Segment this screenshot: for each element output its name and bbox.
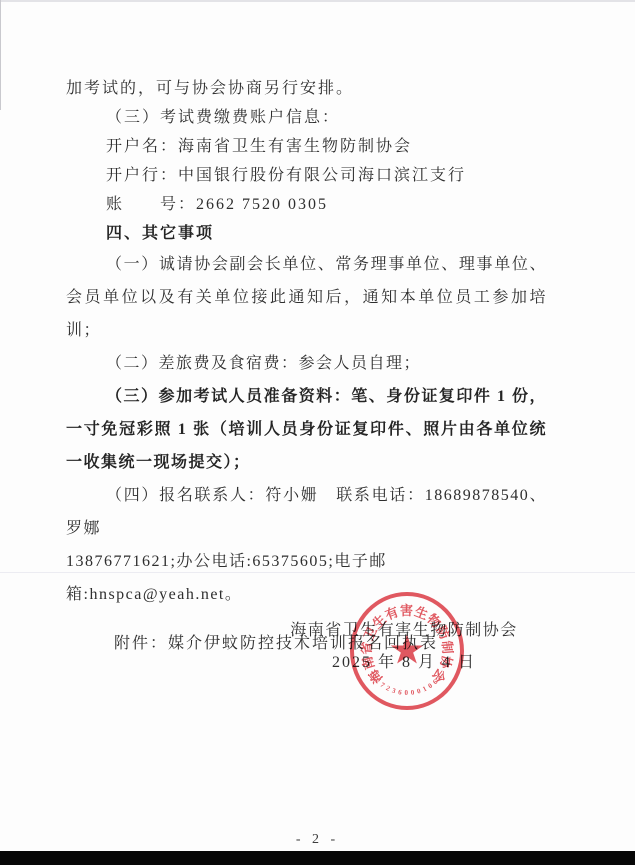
- page-number: - 2 -: [0, 832, 635, 848]
- body-text: 加考试的，可与协会协商另行安排。 （三）考试费缴费账户信息： 开户名：海南省卫生…: [66, 74, 547, 660]
- official-seal: 海南省卫生有害生物防制协会 4601000632725: [350, 592, 464, 710]
- section4-item4-line1: （四）报名联系人：符小姗 联系电话：18689878540、罗娜: [66, 479, 547, 545]
- document-page: 加考试的，可与协会协商另行安排。 （三）考试费缴费账户信息： 开户名：海南省卫生…: [0, 0, 635, 865]
- section4-item3: （三）参加考试人员准备资料：笔、身份证复印件 1 份，一寸免冠彩照 1 张（培训…: [66, 380, 547, 479]
- account-section-heading: （三）考试费缴费账户信息：: [66, 103, 547, 132]
- scan-top-edge-line: [0, 0, 635, 2]
- bank-line: 开户行：中国银行股份有限公司海口滨江支行: [66, 161, 547, 190]
- account-info-block: 加考试的，可与协会协商另行安排。 （三）考试费缴费账户信息： 开户名：海南省卫生…: [66, 74, 547, 219]
- account-number-line: 账 号：2662 7520 0305: [66, 190, 547, 219]
- section4-heading: 四、其它事项: [66, 219, 547, 248]
- section4-item2: （二）差旅费及食宿费：参会人员自理；: [66, 347, 547, 380]
- section4-item1: （一）诚请协会副会长单位、常务理事单位、理事单位、会员单位以及有关单位接此通知后…: [66, 248, 547, 347]
- section4-item4-line2: 13876771621;办公电话:65375605;电子邮箱:hnspca@ye…: [66, 545, 547, 611]
- scan-left-edge-line: [0, 0, 1, 110]
- scanner-edge-band: [0, 851, 635, 865]
- account-name-line: 开户名：海南省卫生有害生物防制协会: [66, 132, 547, 161]
- continuation-line: 加考试的，可与协会协商另行安排。: [66, 74, 547, 103]
